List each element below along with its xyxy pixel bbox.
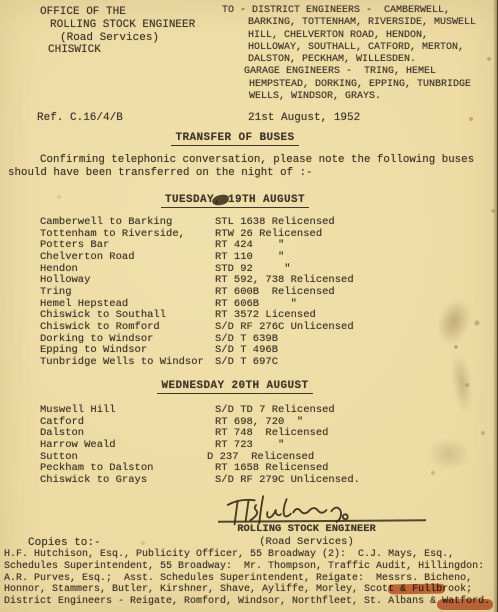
red-pencil-mark [388, 584, 445, 595]
office-line: CHISWICK [40, 44, 195, 57]
route-cell: Tring [40, 287, 215, 299]
signatory-block: ROLLING STOCK ENGINEER (Road Services) [204, 523, 409, 548]
transfer-table-tuesday: Camberwell to BarkingSTL 1638 Relicensed… [40, 217, 354, 369]
bus-detail-cell: S/D RF 279C Unlicensed. [215, 475, 360, 487]
copies-line: A.R. Purves, Esq.; Asst. Schedules Super… [4, 573, 490, 585]
signatory-title: ROLLING STOCK ENGINEER [204, 523, 409, 536]
table-row: Chiswick to RomfordS/D RF 276C Unlicense… [40, 322, 354, 334]
route-cell: Camberwell to Barking [40, 217, 215, 229]
memo-document: OFFICE OF THEROLLING STOCK ENGINEER(Road… [0, 0, 498, 612]
copies-list: H.F. Hutchison, Esq., Publicity Officer,… [4, 549, 490, 608]
bus-detail-cell: S/D T 697C [215, 357, 278, 369]
office-line: ROLLING STOCK ENGINEER [40, 19, 195, 32]
distribution-line: TO - DISTRICT ENGINEERS - CAMBERWELL, [222, 5, 476, 17]
bus-detail-cell: S/D TD 7 Relicensed [215, 405, 335, 417]
distribution-line: HOLLOWAY, SOUTHALL, CATFORD, MERTON, [222, 42, 476, 54]
paper-speckles [0, 0, 2, 2]
transfer-table-wednesday: Muswell HillS/D TD 7 RelicensedCatfordRT… [40, 405, 360, 487]
copies-line: Schedules Superintendent, 55 Broadway: M… [4, 561, 490, 573]
distribution-line: HEMPSTEAD, DORKING, EPPING, TUNBRIDGE [222, 79, 476, 91]
paper-stain [428, 438, 470, 470]
intro-line-2: should have been transferred on the nigh… [8, 167, 474, 180]
paper-stain [431, 294, 476, 350]
route-cell: Chelverton Road [40, 252, 215, 264]
route-cell: Tunbridge Wells to Windsor [40, 357, 215, 369]
route-cell: Muswell Hill [40, 405, 215, 417]
distribution-line: GARAGE ENGINEERS - TRING, HEMEL [222, 66, 476, 78]
copies-line: H.F. Hutchison, Esq., Publicity Officer,… [4, 549, 490, 561]
ref-number: Ref. C.16/4/B [37, 112, 123, 124]
bus-detail-cell: STL 1638 Relicensed [215, 217, 335, 229]
route-cell: Chiswick to Romford [40, 322, 215, 334]
intro-line-1: Confirming telephonic conversation, plea… [8, 154, 474, 167]
table-row: Harrow WealdRT 723 " [40, 440, 360, 452]
copies-label: Copies to:- [28, 537, 101, 549]
distribution-list: TO - DISTRICT ENGINEERS - CAMBERWELL,BAR… [222, 5, 476, 103]
office-address-block: OFFICE OF THEROLLING STOCK ENGINEER(Road… [40, 6, 195, 57]
table-row: Muswell HillS/D TD 7 Relicensed [40, 405, 360, 417]
section-heading-tuesday: TUESDAY, 19TH AUGUST [0, 194, 498, 208]
bus-detail-cell: S/D RF 276C Unlicensed [215, 322, 354, 334]
distribution-line: HILL, CHELVERTON ROAD, HENDON, [222, 30, 476, 42]
office-line: OFFICE OF THE [40, 6, 195, 19]
document-date: 21st August, 1952 [248, 112, 360, 124]
bus-detail-cell: RT 600B Relicensed [215, 287, 335, 299]
distribution-line: WELLS, WINDSOR, GRAYS. [222, 91, 476, 103]
distribution-line: BARKING, TOTTENHAM, RIVERSIDE, MUSWELL [222, 17, 476, 29]
bus-detail-cell: RT 110 " [215, 252, 284, 264]
red-pencil-mark [437, 599, 493, 610]
signatory-subtitle: (Road Services) [204, 536, 409, 549]
route-cell: Harrow Weald [40, 440, 215, 452]
table-row: Chiswick to GraysS/D RF 279C Unlicensed. [40, 475, 360, 487]
office-line: (Road Services) [40, 32, 195, 45]
intro-paragraph: Confirming telephonic conversation, plea… [8, 154, 474, 180]
table-row: TringRT 600B Relicensed [40, 287, 354, 299]
document-title: TRANSFER OF BUSES [0, 132, 498, 146]
distribution-line: DALSTON, PECKHAM, WILLESDEN. [222, 54, 476, 66]
table-row: Camberwell to BarkingSTL 1638 Relicensed [40, 217, 354, 229]
copies-line: District Engineers - Reigate, Romford, W… [4, 596, 490, 608]
table-row: Tunbridge Wells to WindsorS/D T 697C [40, 357, 354, 369]
route-cell: Chiswick to Grays [40, 475, 215, 487]
bus-detail-cell: RT 723 " [215, 440, 284, 452]
table-row: Chelverton RoadRT 110 " [40, 252, 354, 264]
section-heading-wednesday: WEDNESDAY 20TH AUGUST [0, 380, 498, 394]
